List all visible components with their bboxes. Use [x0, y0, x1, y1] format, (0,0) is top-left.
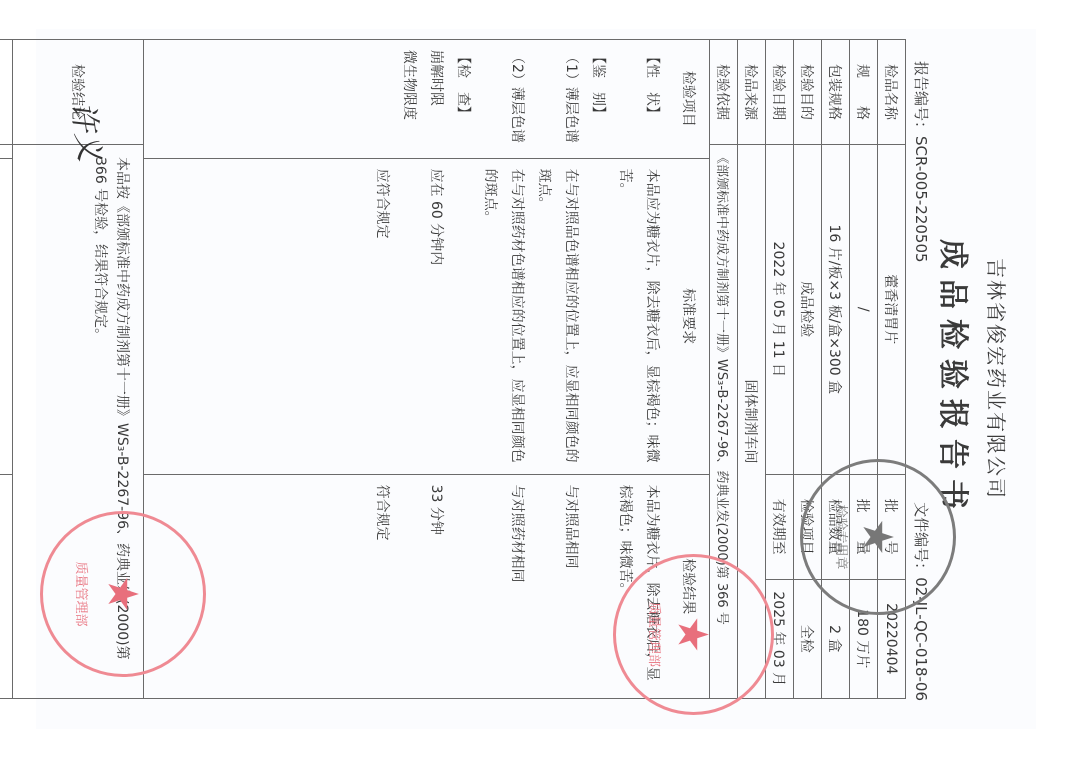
company-name: 吉林省俊宏药业有限公司 [983, 29, 1012, 729]
test-row-item: （2）薄层色谱 [476, 50, 530, 148]
test-section: 检验项目 【性 状】【鉴 别】（1）薄层色谱（2）薄层色谱【检 查】崩解时限微生… [144, 40, 710, 699]
row-product: 检品名称 藿香清胃片 批 号 20220404 [878, 40, 906, 699]
test-row-item: 【检 查】 [449, 50, 476, 148]
test-row-standard: 在与对照品色谱相应的位置上，应显相同颜色的斑点。 [530, 169, 584, 464]
product-name: 藿香清胃片 [878, 145, 906, 475]
test-row-standard [449, 169, 476, 464]
test-row-result: 与对照品相同 [530, 485, 584, 688]
report-table: 检品名称 藿香清胃片 批 号 20220404 规 格 / 批 量 180 万片… [0, 39, 906, 699]
inspection-report-page: 吉林省俊宏药业有限公司 成品检验报告书 报告编号：SCR-005-220505 … [36, 29, 1036, 729]
test-standards: 本品应为糖衣片，除去糖衣后，显棕褐色；味微苦。在与对照品色谱相应的位置上，应显相… [333, 159, 673, 474]
test-row-standard: 在与对照药材色谱相应的位置上，应显相同颜色的斑点。 [476, 169, 530, 464]
test-row-item: 【鉴 别】 [584, 50, 611, 148]
test-row-standard: 应在 60 分钟内 [395, 169, 449, 464]
test-row-item: （1）薄层色谱 [530, 50, 584, 148]
test-results: 本品为糖衣片，除去糖衣后，显棕褐色；味微苦。与对照品相同与对照药材相同33 分钟… [333, 475, 673, 698]
test-row-result: 33 分钟 [395, 485, 449, 688]
test-row-standard [584, 169, 611, 464]
test-row-result: 本品为糖衣片，除去糖衣后，显棕褐色；味微苦。 [611, 485, 665, 688]
report-number: 报告编号：SCR-005-220505 [911, 61, 932, 263]
test-row-result: 符合规定 [341, 485, 395, 688]
conclusion-text: 本品按《部颁标准中药成方制剂第十一册》WS₃-B-2267-96、药典业发(20… [13, 145, 144, 699]
test-row-result [584, 485, 611, 688]
inspection-basis: 《部颁标准中药成方制剂第十一册》WS₃-B-2267-96、药典业发(2000)… [710, 145, 738, 699]
test-row-item: 崩解时限 [422, 50, 449, 148]
test-row-item: 微生物限度 [395, 50, 422, 148]
batch-number: 20220404 [878, 579, 906, 698]
test-row-standard: 本品应为糖衣片，除去糖衣后，显棕褐色；味微苦。 [611, 169, 665, 464]
test-items: 【性 状】【鉴 别】（1）薄层色谱（2）薄层色谱【检 查】崩解时限微生物限度 [387, 40, 673, 158]
file-number: 文件编号：02-JL-QC-018-06 [911, 502, 932, 701]
report-title: 成品检验报告书 [934, 29, 978, 729]
test-row-item: 【性 状】 [611, 50, 665, 148]
issue-date: 2022 年 05 月 18 日 [0, 474, 13, 698]
test-row-result [449, 485, 476, 688]
signature-cell [0, 145, 13, 159]
test-row-result: 与对照药材相同 [476, 485, 530, 688]
test-row-standard: 应符合规定 [341, 169, 395, 464]
signature: 许义 [63, 98, 115, 164]
